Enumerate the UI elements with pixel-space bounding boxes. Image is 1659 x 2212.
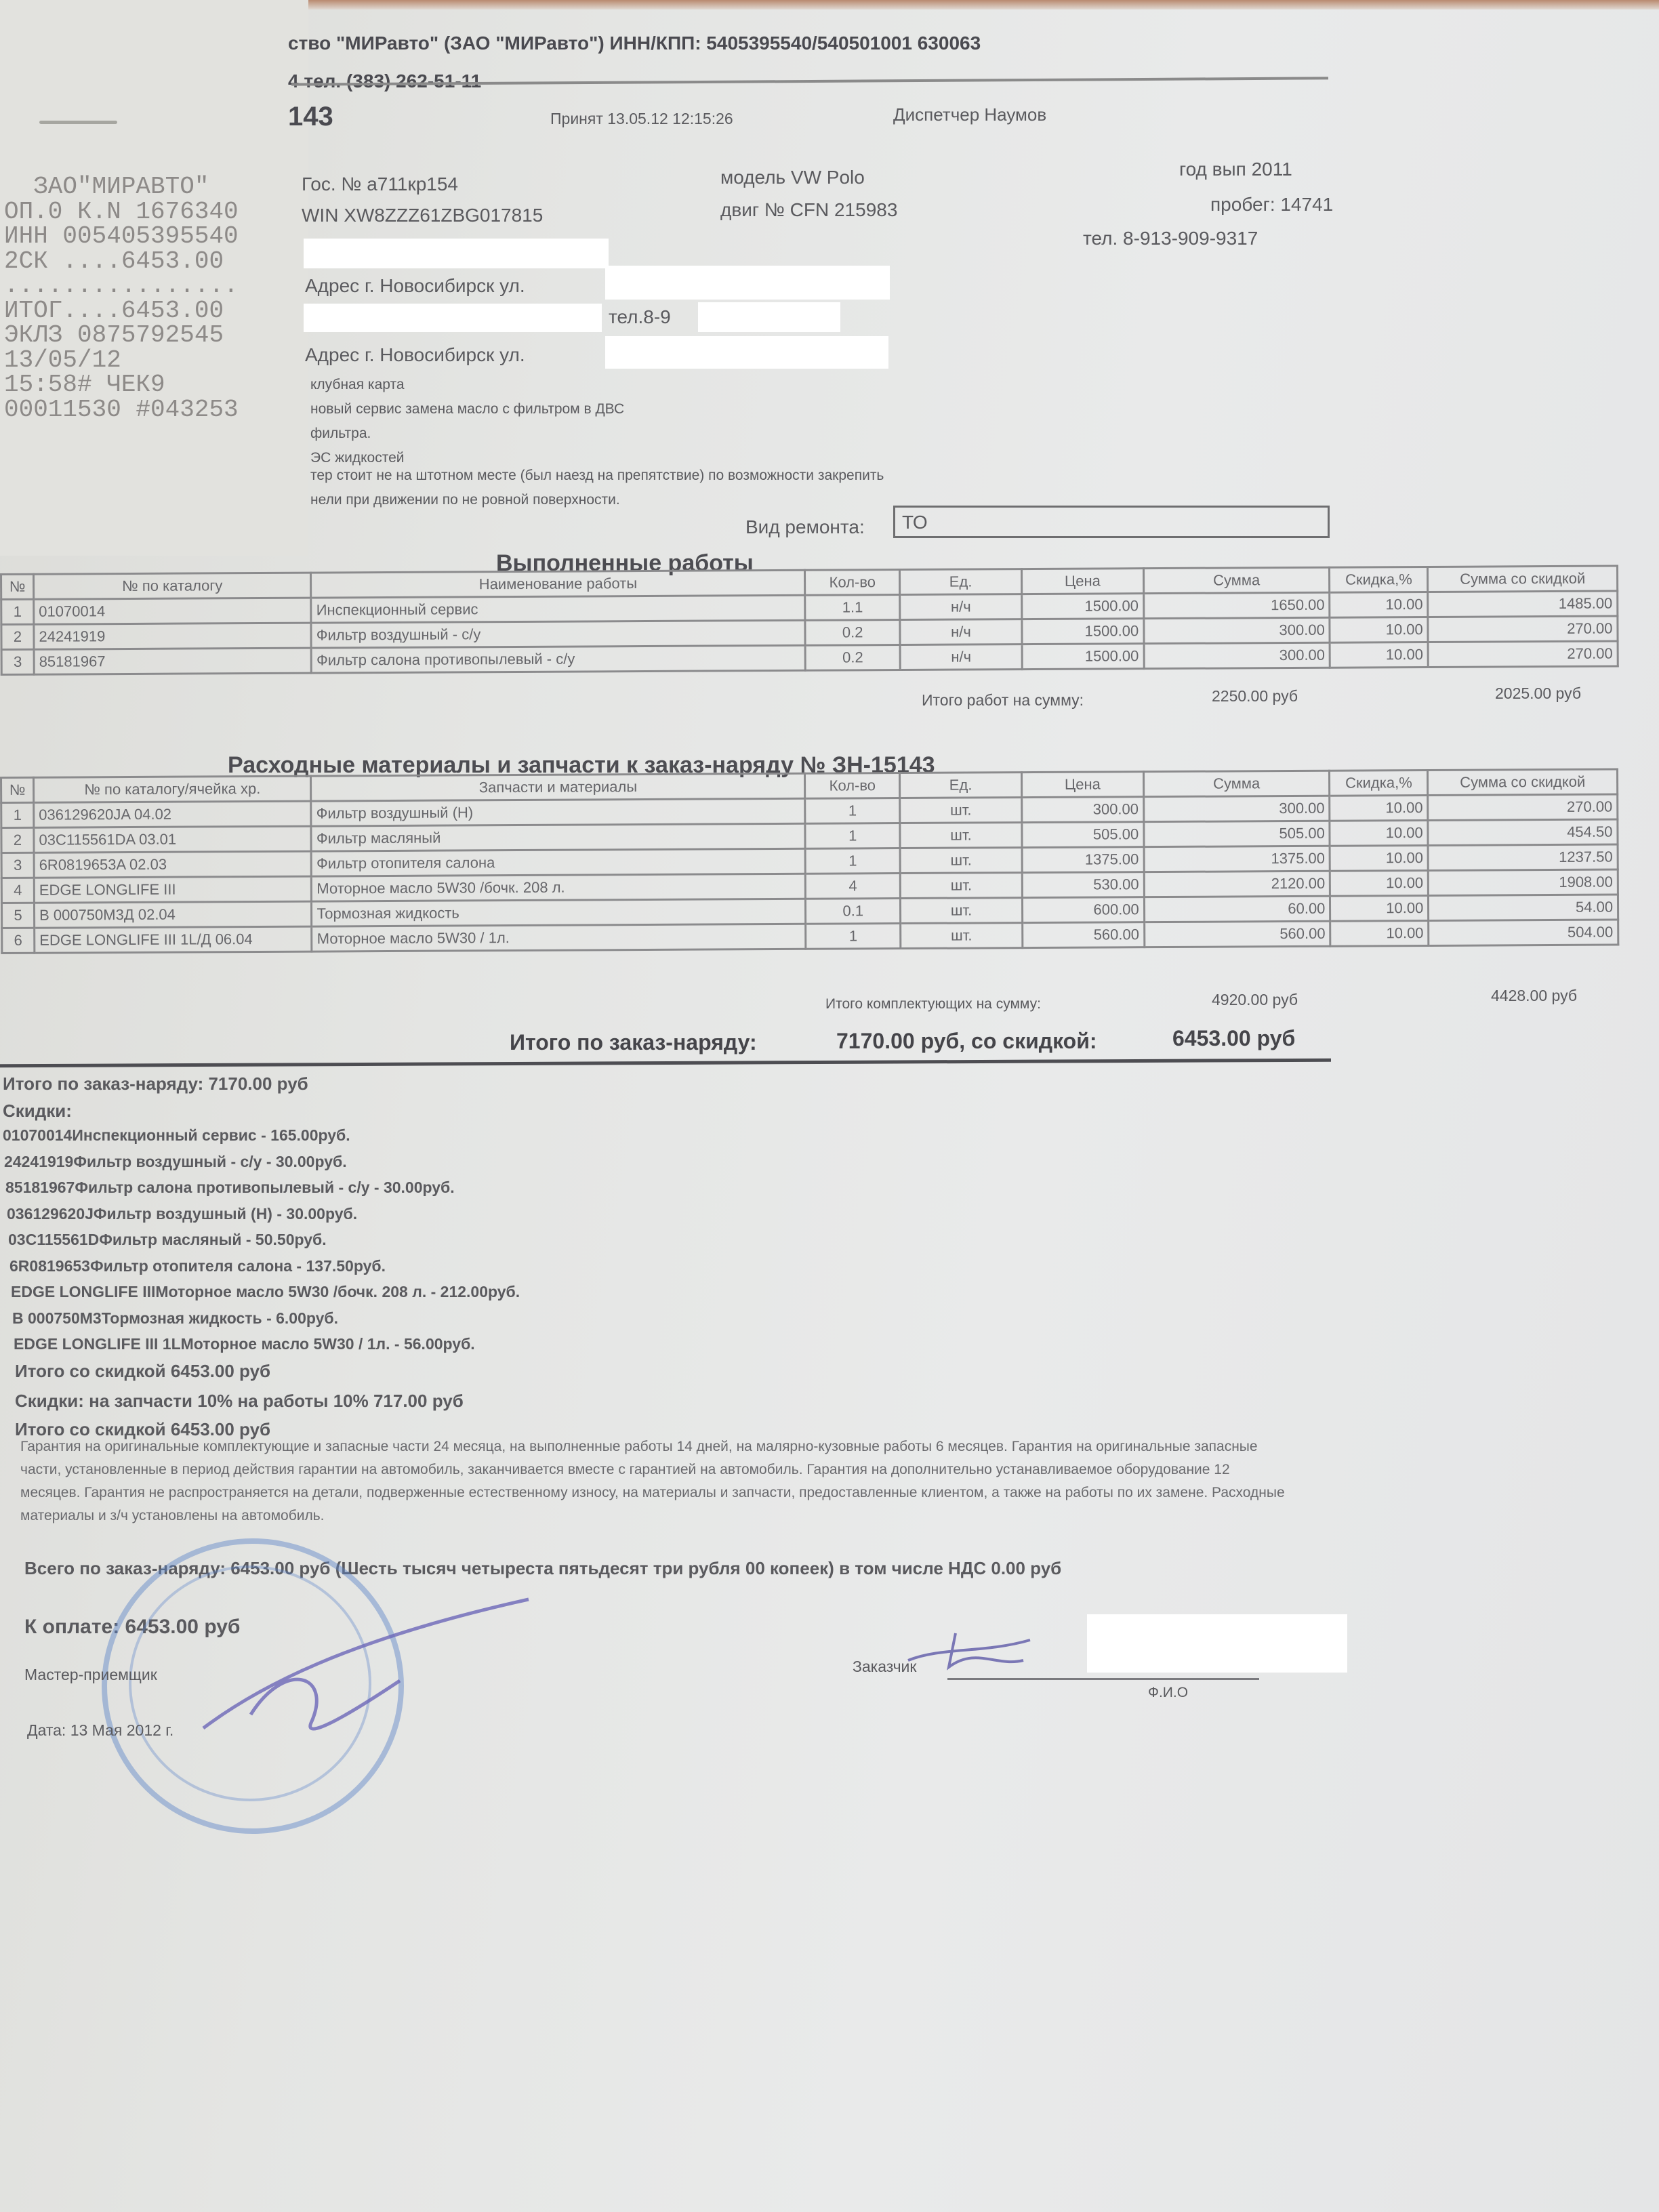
parts-cell: 270.00 (1428, 794, 1618, 820)
cash-receipt: ЗАО"МИРАВТО" ОП.0 К.N 1676340 ИНН 005405… (0, 0, 308, 556)
receipt-dash (39, 121, 117, 124)
parts-cell: Фильтр воздушный (Н) (311, 798, 805, 826)
document-date: Дата: 13 Мая 2012 г. (27, 1721, 173, 1740)
repair-type-value: ТО (902, 512, 928, 533)
discount-item: 036129620JФильтр воздушный (Н) - 30.00ру… (7, 1205, 357, 1223)
owner-phone: тел. 8-913-909-9317 (1083, 228, 1258, 249)
parts-cell: 1237.50 (1428, 844, 1618, 870)
discount-item: 03C115561DФильтр масляный - 50.50руб. (8, 1231, 327, 1249)
works-cell: 1500.00 (1022, 594, 1144, 619)
parts-col-header: Сумма со скидкой (1428, 769, 1618, 795)
redacted-phone (698, 302, 840, 332)
parts-cell: 454.50 (1428, 819, 1618, 845)
discount-item: B 000750M3Тормозная жидкость - 6.00руб. (12, 1309, 338, 1328)
discount-item: 24241919Фильтр воздушный - с/у - 30.00ру… (4, 1153, 347, 1171)
works-cell: Фильтр воздушный - с/у (311, 620, 805, 648)
grand-total-label: Итого по заказ-наряду: (510, 1030, 757, 1055)
parts-col-header: Сумма (1143, 771, 1330, 796)
parts-cell: 60.00 (1144, 896, 1330, 922)
grand-total: 7170.00 руб, со скидкой: (836, 1029, 1097, 1054)
parts-cell: 560.00 (1144, 921, 1330, 947)
works-cell: 3 (1, 649, 34, 674)
master-label: Мастер-приемщик (24, 1666, 157, 1684)
parts-cell: шт. (900, 823, 1022, 848)
works-cell: Фильтр салона противопылевый - с/у (311, 645, 805, 673)
receipt-lines: ЗАО"МИРАВТО" ОП.0 К.N 1676340 ИНН 005405… (4, 175, 239, 422)
accepted-time: Принят 13.05.12 12:15:26 (550, 110, 733, 128)
works-cell: 1485.00 (1428, 591, 1618, 617)
note-3: ЭС жидкостей (310, 450, 405, 466)
redacted-address-1 (605, 266, 890, 300)
parts-cell: 6R0819653A 02.03 (34, 851, 312, 878)
works-cell: 10.00 (1330, 617, 1428, 642)
works-body: 101070014Инспекционный сервис1.1н/ч1500.… (1, 591, 1618, 674)
parts-cell: Моторное масло 5W30 / 1л. (312, 924, 806, 951)
works-total-discounted: 2025.00 руб (1495, 684, 1581, 703)
parts-cell: 0.1 (806, 899, 901, 924)
parts-cell: B 000750M3Д 02.04 (34, 901, 312, 928)
parts-cell: 6 (2, 928, 35, 953)
grand-total-divider (0, 1059, 1331, 1068)
redacted-address-2 (605, 336, 888, 369)
works-col-header: Сумма (1143, 567, 1330, 593)
parts-cell: 10.00 (1330, 845, 1428, 871)
works-col-header: Ед. (900, 569, 1022, 595)
parts-total: 4920.00 руб (1212, 991, 1298, 1009)
discount-item: EDGE LONGLIFE IIIМоторное масло 5W30 /бо… (11, 1283, 520, 1301)
company-phone: 4 тел. (383) 262-51-11 (288, 70, 481, 92)
works-cell: н/ч (900, 619, 1022, 645)
client-phone-2: тел.8-9 (609, 306, 671, 328)
club-card: клубная карта (310, 377, 405, 393)
client-address-2: Адрес г. Новосибирск ул. (305, 344, 525, 366)
works-total: 2250.00 руб (1212, 687, 1298, 705)
works-cell: Инспекционный сервис (311, 595, 805, 623)
parts-cell: 1 (805, 798, 900, 824)
note-5: нели при движении по не ровной поверхнос… (310, 492, 620, 508)
works-col-header: Цена (1021, 569, 1143, 594)
vehicle-model: модель VW Polo (720, 167, 865, 188)
parts-col-header: Кол-во (805, 773, 900, 799)
redacted-customer-name (1087, 1614, 1347, 1673)
works-col-header: Кол-во (805, 570, 900, 596)
parts-cell: 504.00 (1429, 920, 1618, 945)
parts-total-discounted: 4428.00 руб (1491, 987, 1577, 1005)
discount-item: 6R0819653Фильтр отопителя салона - 137.5… (9, 1257, 386, 1275)
parts-cell: шт. (900, 798, 1022, 823)
works-col-header: Скидка,% (1330, 567, 1428, 592)
parts-cell: 1908.00 (1429, 869, 1618, 895)
parts-body: 1036129620JA 04.02Фильтр воздушный (Н)1ш… (1, 794, 1618, 953)
customer-signature (901, 1620, 1078, 1687)
works-col-header: Наименование работы (311, 570, 805, 598)
works-cell: 01070014 (34, 598, 312, 624)
vin: WIN XW8ZZZ61ZBG017815 (302, 205, 543, 226)
discount-item: 85181967Фильтр салона противопылевый - с… (5, 1179, 455, 1197)
parts-cell: 1 (805, 848, 900, 874)
works-cell: 1.1 (805, 595, 900, 621)
works-cell: 0.2 (805, 620, 900, 646)
parts-cell: EDGE LONGLIFE III 1L/Д 06.04 (35, 926, 312, 953)
works-cell: 1 (1, 599, 34, 624)
master-signature (176, 1579, 556, 1769)
note-1: новый сервис замена масло с фильтром в Д… (310, 401, 624, 417)
summary-with-discount-1: Итого со скидкой 6453.00 руб (15, 1361, 270, 1382)
parts-cell: 530.00 (1022, 872, 1144, 898)
parts-cell: 10.00 (1330, 920, 1429, 946)
works-cell: 0.2 (805, 645, 900, 671)
parts-cell: EDGE LONGLIFE III (34, 876, 312, 903)
works-cell: н/ч (900, 644, 1022, 670)
parts-cell: 4 (1, 878, 34, 903)
parts-cell: 3 (1, 853, 34, 878)
parts-col-header: Запчасти и материалы (311, 773, 805, 801)
works-total-label: Итого работ на сумму: (922, 691, 1084, 710)
works-cell: 270.00 (1428, 641, 1618, 667)
mileage: пробег: 14741 (1210, 194, 1333, 216)
parts-cell: 2120.00 (1144, 871, 1330, 897)
parts-cell: 2 (1, 827, 34, 853)
works-col-header: № по каталогу (33, 573, 311, 599)
works-cell: 10.00 (1330, 642, 1428, 668)
fio-label: Ф.И.О (1148, 1685, 1188, 1701)
parts-table: №№ по каталогу/ячейка хр.Запчасти и мате… (0, 768, 1619, 954)
parts-cell: 10.00 (1330, 870, 1429, 896)
works-col-header: № (1, 574, 34, 599)
works-col-header: Сумма со скидкой (1428, 566, 1618, 592)
parts-cell: 10.00 (1330, 895, 1429, 921)
engine-number: двиг № CFN 215983 (720, 199, 897, 221)
parts-cell: Моторное масло 5W30 /бочк. 208 л. (312, 874, 806, 901)
parts-cell: 600.00 (1022, 897, 1144, 923)
parts-cell: 54.00 (1429, 895, 1618, 920)
parts-cell: 1375.00 (1022, 847, 1144, 873)
works-cell: 1500.00 (1022, 644, 1144, 670)
parts-cell: 1 (805, 823, 900, 849)
parts-cell: Фильтр масляный (311, 823, 805, 851)
parts-cell: 1 (806, 924, 901, 949)
note-4: тер стоит не на штотном месте (был наезд… (310, 468, 884, 484)
works-cell: 1650.00 (1143, 592, 1330, 618)
repair-type-box: ТО (893, 506, 1330, 538)
parts-cell: шт. (900, 873, 1022, 899)
parts-cell: 300.00 (1022, 797, 1144, 823)
parts-col-header: Ед. (900, 773, 1022, 798)
parts-cell: Тормозная жидкость (312, 899, 806, 926)
discount-item: 01070014Инспекционный сервис - 165.00руб… (3, 1126, 350, 1145)
parts-cell: шт. (900, 848, 1022, 874)
works-cell: 300.00 (1144, 617, 1330, 643)
summary-order-total: Итого по заказ-наряду: 7170.00 руб (3, 1073, 308, 1094)
warranty-text: Гарантия на оригинальные комплектующие и… (20, 1435, 1288, 1528)
parts-cell: 10.00 (1330, 795, 1428, 821)
parts-cell: 505.00 (1022, 822, 1144, 848)
works-cell: 300.00 (1144, 642, 1330, 668)
parts-col-header: Скидка,% (1330, 770, 1428, 796)
parts-cell: шт. (901, 898, 1023, 924)
works-cell: 2 (1, 624, 34, 649)
works-cell: 10.00 (1330, 592, 1428, 617)
client-address-1: Адрес г. Новосибирск ул. (305, 275, 525, 297)
parts-cell: 5 (1, 903, 34, 928)
plate-number: Гос. № а711кр154 (302, 173, 458, 195)
discount-item: EDGE LONGLIFE III 1LМоторное масло 5W30 … (14, 1335, 475, 1353)
parts-col-header: № по каталогу/ячейка хр. (33, 776, 311, 802)
works-cell: 24241919 (34, 623, 312, 649)
dispatcher: Диспетчер Наумов (893, 104, 1046, 125)
redacted-name-2 (304, 304, 602, 332)
parts-cell: 505.00 (1144, 821, 1330, 846)
parts-total-label: Итого комплектующих на сумму: (825, 996, 1041, 1012)
works-table: №№ по каталогуНаименование работыКол-воЕ… (0, 565, 1619, 676)
parts-cell: Фильтр отопителя салона (312, 848, 806, 876)
order-number: 143 (288, 102, 333, 132)
parts-cell: 1375.00 (1144, 846, 1330, 872)
parts-col-header: Цена (1021, 772, 1143, 798)
summary-discount-summary: Скидки: на запчасти 10% на работы 10% 71… (15, 1391, 464, 1412)
works-cell: 1500.00 (1022, 619, 1144, 644)
grand-total-discounted: 6453.00 руб (1172, 1026, 1295, 1051)
vehicle-year: год вып 2011 (1179, 159, 1292, 180)
summary-discounts-label: Скидки: (3, 1101, 72, 1122)
parts-cell: 036129620JA 04.02 (34, 801, 312, 827)
parts-cell: 300.00 (1143, 796, 1330, 821)
note-2: фильтра. (310, 426, 371, 442)
parts-cell: 4 (806, 874, 901, 899)
parts-cell: 03C115561DA 03.01 (34, 826, 312, 853)
redacted-name (304, 239, 609, 268)
parts-cell: шт. (901, 923, 1023, 949)
parts-cell: 10.00 (1330, 820, 1428, 846)
works-cell: 85181967 (34, 648, 312, 674)
works-cell: н/ч (900, 594, 1022, 620)
parts-cell: 1 (1, 802, 34, 827)
company-info: ство "МИРавто" (ЗАО "МИРавто") ИНН/КПП: … (288, 33, 981, 54)
works-cell: 270.00 (1428, 616, 1618, 642)
parts-cell: 560.00 (1023, 922, 1145, 948)
repair-type-label: Вид ремонта: (745, 516, 865, 538)
parts-col-header: № (1, 777, 34, 802)
